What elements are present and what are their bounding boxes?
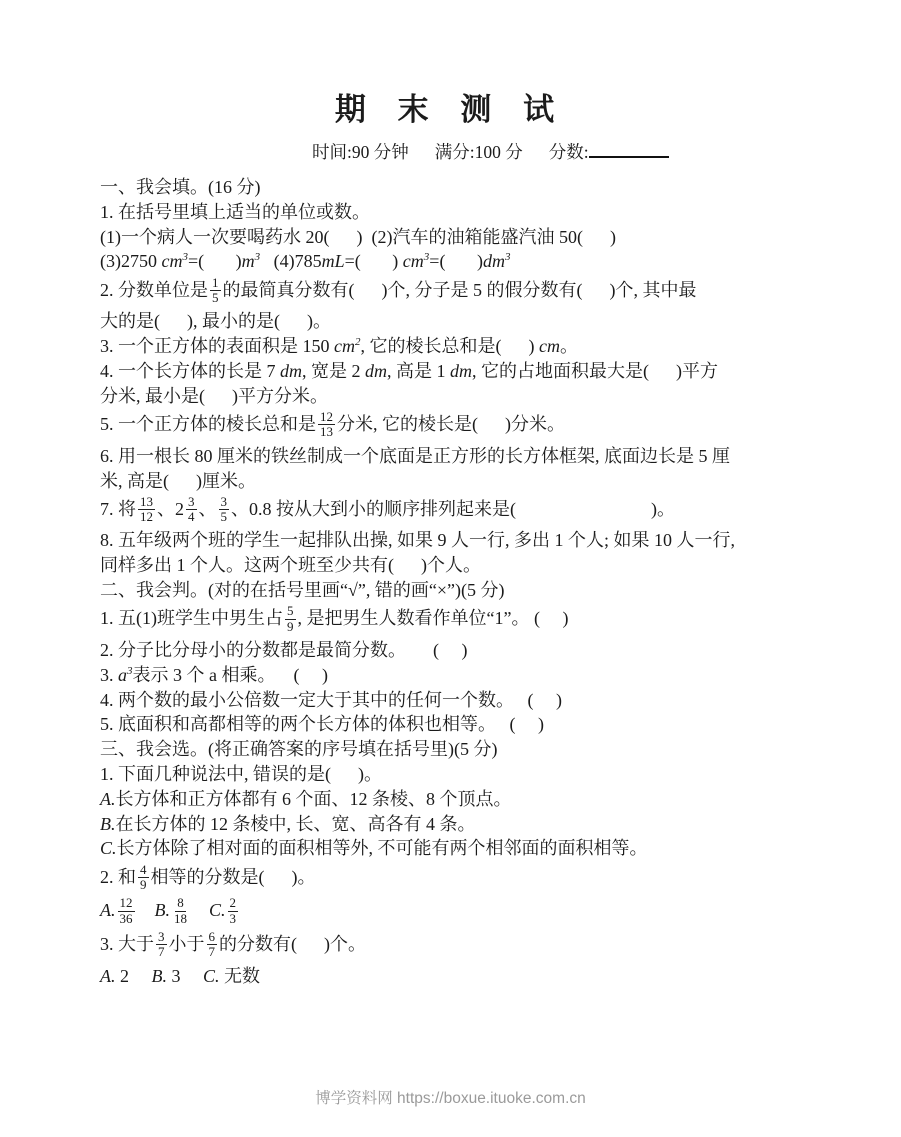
text-run: 5. 一个正方体的棱长总和是 [100, 414, 316, 434]
text-run: 大的是( ), 最小的是( )。 [100, 311, 331, 331]
fraction: 49 [138, 863, 149, 893]
text-run: )。 [651, 499, 675, 519]
s1-q1-items-3-4: (3)2750 cm3=( )m3 (4)785mL=( ) cm3=( )dm… [100, 250, 806, 272]
text-run: 1. 下面几种说法中, 错误的是( )。 [100, 764, 382, 784]
text-run: a3 [118, 665, 133, 685]
text-run: 无数 [220, 966, 261, 986]
score-blank-line [589, 142, 669, 158]
s1-q8-line2: 同样多出 1 个人。这两个班至少共有( )个人。 [100, 554, 806, 576]
text-run: (1)一个病人一次要喝药水 20( ) (2)汽车的油箱能盛汽油 50( ) [100, 227, 616, 247]
text-run: cm3 [162, 251, 189, 271]
s1-q1-items-1-2: (1)一个病人一次要喝药水 20( ) (2)汽车的油箱能盛汽油 50( ) [100, 226, 806, 248]
text-run: A. [100, 966, 116, 986]
s1-q3: 3. 一个正方体的表面积是 150 cm2, 它的棱长总和是( ) cm。 [100, 335, 806, 357]
text-run: 2. 分子比分母小的分数都是最简分数。 ( ) [100, 640, 468, 660]
document-lines: 一、我会填。(16 分)1. 在括号里填上适当的单位或数。(1)一个病人一次要喝… [100, 176, 806, 987]
text-run: 2 [116, 966, 152, 986]
text-run: 7. 将 [100, 499, 136, 519]
s3-q2-options: A.1236 B.818 C.23 [100, 897, 806, 927]
s3-q3-prompt: 3. 大于37小于67的分数有( )个。 [100, 931, 806, 961]
s2-q3: 3. a3表示 3 个 a 相乘。 ( ) [100, 664, 806, 686]
s1-q6-line1: 6. 用一根长 80 厘米的铁丝制成一个底面是正方形的长方体框架, 底面边长是 … [100, 445, 806, 467]
s2-q2: 2. 分子比分母小的分数都是最简分数。 ( ) [100, 639, 806, 661]
text-run: 二、我会判。(对的在括号里画“√”, 错的画“×”)(5 分) [100, 580, 504, 600]
text-run: 长方体除了相对面的面积相等外, 不可能有两个相邻面的面积相等。 [117, 838, 648, 858]
text-run: , 宽是 2 [302, 361, 365, 381]
text-run: 3. 大于 [100, 934, 154, 954]
s1-q2-line2: 大的是( ), 最小的是( )。 [100, 310, 806, 332]
s2-q4: 4. 两个数的最小公倍数一定大于其中的任何一个数。 ( ) [100, 689, 806, 711]
text-run: 2. 和 [100, 867, 136, 887]
text-run: , 它的占地面积最大是( )平方 [472, 361, 718, 381]
text-run: =( ) [345, 251, 403, 271]
s1-q6-line2: 米, 高是( )厘米。 [100, 470, 806, 492]
text-run: dm [280, 361, 302, 381]
section-3-header: 三、我会选。(将正确答案的序号填在括号里)(5 分) [100, 738, 806, 760]
text-run: , 高是 1 [387, 361, 450, 381]
fraction: 1213 [318, 410, 335, 440]
s1-q4-line1: 4. 一个长方体的长是 7 dm, 宽是 2 dm, 高是 1 dm, 它的占地… [100, 360, 806, 382]
worksheet-page: 期 末 测 试 时间:90 分钟满分:100 分分数: 一、我会填。(16 分)… [0, 0, 901, 1137]
text-run: dm [450, 361, 472, 381]
fraction: 15 [210, 276, 221, 306]
text-run: 小于 [169, 934, 205, 954]
text-run: 3. [100, 665, 118, 685]
s3-q3-options: A. 2 B. 3 C. 无数 [100, 965, 806, 987]
text-run: 分米, 它的棱长是( )分米。 [337, 414, 565, 434]
text-run: C. [209, 900, 226, 920]
text-run: 。 [560, 336, 578, 356]
text-run [191, 900, 209, 920]
text-run: B. [155, 900, 171, 920]
text-run: 4. 一个长方体的长是 7 [100, 361, 280, 381]
text-run: B. [152, 966, 168, 986]
page-footer: 博学资料网 https://boxue.ituoke.com.cn [0, 1086, 901, 1108]
text-run: (4)785 [260, 251, 322, 271]
fraction: 59 [285, 604, 296, 634]
text-run: cm3 [403, 251, 430, 271]
text-run: 1. 五(1)班学生中男生占 [100, 608, 283, 628]
text-run: m3 [242, 251, 261, 271]
text-run: , 它的棱长总和是( ) [361, 336, 540, 356]
fraction: 1236 [118, 896, 135, 926]
text-run: 的最简真分数有( )个, 分子是 5 的假分数有( )个, 其中最 [223, 280, 697, 300]
s3-q1-option-a: A.长方体和正方体都有 6 个面、12 条棱、8 个顶点。 [100, 788, 806, 810]
fraction: 34 [186, 495, 197, 525]
text-run: 一、我会填。(16 分) [100, 177, 261, 197]
text-run [137, 900, 155, 920]
text-run: 分米, 最小是( )平方分米。 [100, 386, 328, 406]
section-2-header: 二、我会判。(对的在括号里画“√”, 错的画“×”)(5 分) [100, 579, 806, 601]
text-run: 在长方体的 12 条棱中, 长、宽、高各有 4 条。 [116, 814, 476, 834]
fraction: 37 [156, 930, 167, 960]
s1-q7: 7. 将1312、234、35、0.8 按从大到小的顺序排列起来是( )。 [100, 496, 806, 526]
s3-q2-prompt: 2. 和49相等的分数是( )。 [100, 864, 806, 894]
s3-q1-option-c: C.长方体除了相对面的面积相等外, 不可能有两个相邻面的面积相等。 [100, 837, 806, 859]
text-run: =( ) [188, 251, 242, 271]
text-run: =( ) [429, 251, 483, 271]
text-run: mL [322, 251, 345, 271]
text-run: 相等的分数是( )。 [151, 867, 316, 887]
text-run: 、 [199, 499, 217, 519]
text-run: 3. 一个正方体的表面积是 150 [100, 336, 334, 356]
exam-meta: 时间:90 分钟满分:100 分分数: [312, 139, 901, 164]
text-run: 1. 在括号里填上适当的单位或数。 [100, 202, 370, 222]
text-run: 5. 底面积和高都相等的两个长方体的体积也相等。 ( ) [100, 714, 544, 734]
section-1-header: 一、我会填。(16 分) [100, 176, 806, 198]
page-title: 期 末 测 试 [0, 0, 901, 129]
text-run: A. [100, 900, 116, 920]
text-run [516, 499, 651, 519]
s3-q1-prompt: 1. 下面几种说法中, 错误的是( )。 [100, 763, 806, 785]
text-run: dm3 [483, 251, 511, 271]
text-run: cm [539, 336, 560, 356]
text-run: cm2 [334, 336, 361, 356]
s2-q5: 5. 底面积和高都相等的两个长方体的体积也相等。 ( ) [100, 713, 806, 735]
text-run: 表示 3 个 a 相乘。 ( ) [133, 665, 328, 685]
s1-q5: 5. 一个正方体的棱长总和是1213分米, 它的棱长是( )分米。 [100, 411, 806, 441]
fraction: 818 [172, 896, 189, 926]
text-run: 8. 五年级两个班的学生一起排队出操, 如果 9 人一行, 多出 1 个人; 如… [100, 530, 735, 550]
text-run: C. [203, 966, 220, 986]
fraction: 23 [228, 896, 239, 926]
text-run: 、2 [157, 499, 184, 519]
s1-q1-prompt: 1. 在括号里填上适当的单位或数。 [100, 201, 806, 223]
text-run: 的分数有( )个。 [219, 934, 366, 954]
text-run: C. [100, 838, 117, 858]
meta-score-label: 分数: [549, 142, 589, 162]
text-run: 4. 两个数的最小公倍数一定大于其中的任何一个数。 ( ) [100, 690, 562, 710]
text-run: dm [365, 361, 387, 381]
text-run: A. [100, 789, 116, 809]
text-run: (3)2750 [100, 251, 162, 271]
s1-q2-line1: 2. 分数单位是15的最简真分数有( )个, 分子是 5 的假分数有( )个, … [100, 277, 806, 307]
text-run: 、0.8 按从大到小的顺序排列起来是( [231, 499, 516, 519]
fraction: 35 [219, 495, 230, 525]
text-run: 三、我会选。(将正确答案的序号填在括号里)(5 分) [100, 739, 497, 759]
fraction: 67 [207, 930, 218, 960]
text-run: 3 [167, 966, 203, 986]
text-run: 同样多出 1 个人。这两个班至少共有( )个人。 [100, 555, 481, 575]
text-run: 2. 分数单位是 [100, 280, 208, 300]
s1-q8-line1: 8. 五年级两个班的学生一起排队出操, 如果 9 人一行, 多出 1 个人; 如… [100, 529, 806, 551]
text-run: , 是把男生人数看作单位“1”。 ( ) [298, 608, 569, 628]
text-run: 米, 高是( )厘米。 [100, 471, 256, 491]
meta-full-score: 满分:100 分 [435, 142, 523, 162]
text-run: 长方体和正方体都有 6 个面、12 条棱、8 个顶点。 [116, 789, 512, 809]
s2-q1: 1. 五(1)班学生中男生占59, 是把男生人数看作单位“1”。 ( ) [100, 605, 806, 635]
text-run: 6. 用一根长 80 厘米的铁丝制成一个底面是正方形的长方体框架, 底面边长是 … [100, 446, 730, 466]
s3-q1-option-b: B.在长方体的 12 条棱中, 长、宽、高各有 4 条。 [100, 813, 806, 835]
s1-q4-line2: 分米, 最小是( )平方分米。 [100, 385, 806, 407]
fraction: 1312 [138, 495, 155, 525]
meta-time: 时间:90 分钟 [312, 142, 409, 162]
text-run: B. [100, 814, 116, 834]
